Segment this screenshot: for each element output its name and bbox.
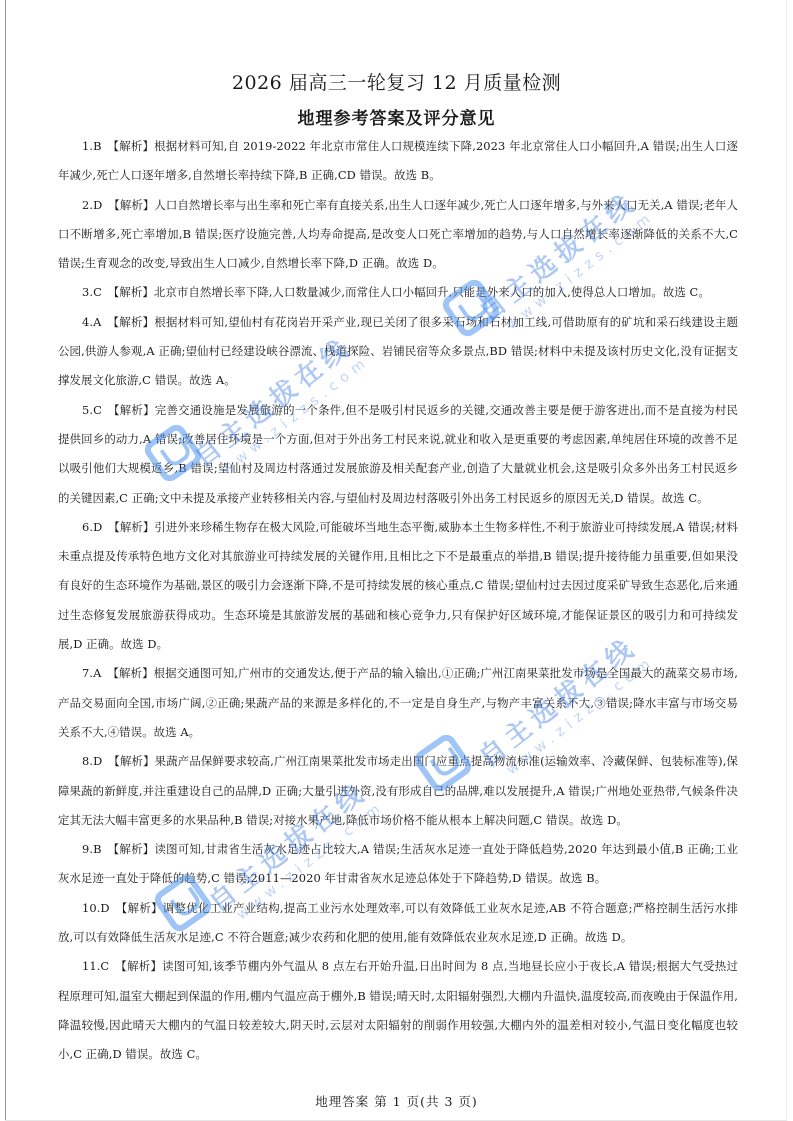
answer-item-11: 11.C【解析】读图可知,该季节棚内外气温从 8 点左右开始升温,日出时间为 8…: [58, 952, 738, 1069]
answer-item-7: 7.A【解析】根据交通图可知,广州市的交通发达,便于产品的输入输出,①正确;广州…: [58, 659, 738, 747]
answer-item-6: 6.D【解析】引进外来珍稀生物存在极大风险,可能破坏当地生态平衡,威胁本土生物多…: [58, 513, 738, 659]
answer-number: 4.A: [82, 315, 101, 329]
analysis-tag: 【解析】: [108, 754, 154, 768]
answer-text: 引进外来珍稀生物存在极大风险,可能破坏当地生态平衡,威胁本土生物多样性,不利于旅…: [58, 520, 738, 651]
analysis-tag: 【解析】: [116, 901, 163, 915]
answer-number: 8.D: [82, 754, 102, 768]
answer-number: 6.D: [82, 520, 102, 534]
answer-item-5: 5.C【解析】完善交通设施是发展旅游的一个条件,但不是吸引村民返乡的关键,交通改…: [58, 396, 738, 513]
analysis-tag: 【解析】: [108, 520, 154, 534]
document-title: 2026 届高三一轮复习 12 月质量检测: [0, 68, 793, 95]
analysis-tag: 【解析】: [108, 139, 155, 153]
answer-number: 11.C: [82, 959, 109, 973]
answer-item-2: 2.D【解析】人口自然增长率与出生率和死亡率有直接关系,出生人口逐年减少,死亡人…: [58, 191, 738, 279]
answer-text: 人口自然增长率与出生率和死亡率有直接关系,出生人口逐年减少,死亡人口逐年增多,与…: [58, 198, 738, 271]
answer-text: 根据材料可知,望仙村有花岗岩开采产业,现已关闭了很多采石场和石材加工线,可借助原…: [58, 315, 738, 388]
answer-item-10: 10.D【解析】调整优化工业产业结构,提高工业污水处理效率,可以有效降低工业灰水…: [58, 894, 738, 953]
answer-number: 3.C: [82, 285, 102, 299]
answer-text: 根据交通图可知,广州市的交通发达,便于产品的输入输出,①正确;广州江南果菜批发市…: [58, 666, 738, 739]
answer-text: 读图可知,甘肃省生活灰水足迹占比较大,A 错误;生活灰水足迹一直处于降低趋势,2…: [58, 842, 738, 885]
analysis-tag: 【解析】: [108, 198, 154, 212]
page-right-border: [786, 0, 787, 1121]
answer-text: 果蔬产品保鲜要求较高,广州江南果菜批发市场走出国门应重点提高物流标准(运输效率、…: [58, 754, 738, 827]
answer-item-9: 9.B【解析】读图可知,甘肃省生活灰水足迹占比较大,A 错误;生活灰水足迹一直处…: [58, 835, 738, 894]
answer-text: 完善交通设施是发展旅游的一个条件,但不是吸引村民返乡的关键,交通改善主要是便于游…: [58, 403, 738, 505]
answer-text: 读图可知,该季节棚内外气温从 8 点左右开始升温,日出时间为 8 点,当地昼长应…: [58, 959, 738, 1061]
answer-number: 7.A: [82, 666, 101, 680]
analysis-tag: 【解析】: [108, 842, 155, 856]
answer-text: 北京市自然增长率下降,人口数量减少,而常住人口小幅回升,只能是外来人口的加入,使…: [154, 285, 710, 299]
analysis-tag: 【解析】: [108, 403, 155, 417]
analysis-tag: 【解析】: [107, 666, 153, 680]
analysis-tag: 【解析】: [108, 285, 154, 299]
answer-item-4: 4.A【解析】根据材料可知,望仙村有花岗岩开采产业,现已关闭了很多采石场和石材加…: [58, 308, 738, 396]
analysis-tag: 【解析】: [107, 315, 154, 329]
answer-number: 9.B: [82, 842, 102, 856]
document-subtitle: 地理参考答案及评分意见: [0, 104, 793, 129]
answer-number: 10.D: [82, 901, 110, 915]
answer-list: 1.B【解析】根据材料可知,自 2019-2022 年北京市常住人口规模连续下降…: [58, 132, 738, 1070]
answer-text: 根据材料可知,自 2019-2022 年北京市常住人口规模连续下降,2023 年…: [58, 139, 738, 182]
answer-number: 5.C: [82, 403, 102, 417]
answer-item-8: 8.D【解析】果蔬产品保鲜要求较高,广州江南果菜批发市场走出国门应重点提高物流标…: [58, 747, 738, 835]
page-footer: 地理答案 第 1 页(共 3 页): [0, 1092, 793, 1110]
page-left-border: [5, 0, 6, 1121]
answer-item-1: 1.B【解析】根据材料可知,自 2019-2022 年北京市常住人口规模连续下降…: [58, 132, 738, 191]
answer-number: 1.B: [82, 139, 102, 153]
answer-number: 2.D: [82, 198, 102, 212]
answer-item-3: 3.C【解析】北京市自然增长率下降,人口数量减少,而常住人口小幅回升,只能是外来…: [58, 278, 738, 307]
analysis-tag: 【解析】: [115, 959, 162, 973]
